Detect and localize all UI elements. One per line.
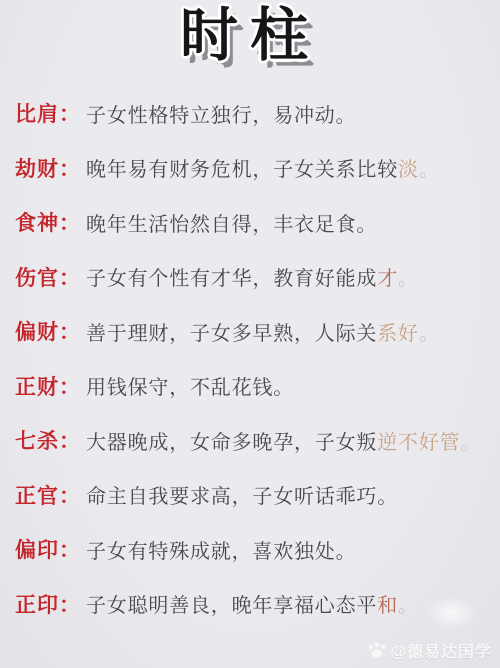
description-period: 。 (419, 323, 440, 345)
description-period: 。 (398, 595, 419, 617)
description-highlight: 淡 (398, 159, 419, 181)
term-label: 正印： (15, 589, 81, 619)
description-text: 用钱保守，不乱花钱。 (86, 377, 294, 399)
term-description: 子女有个性有才华，教育好能成才。 (86, 262, 419, 291)
term-description: 子女聪明善良，晚年享福心态平和。 (86, 589, 419, 618)
description-period: 。 (398, 268, 419, 290)
description-highlight: 和 (377, 595, 398, 617)
term-row: 伤官： 子女有个性有才华，教育好能成才。 (15, 250, 494, 305)
term-label: 偏财： (15, 316, 81, 346)
term-label: 偏印： (15, 534, 81, 564)
term-description: 大器晚成，女命多晚孕，子女叛逆不好管。 (86, 426, 481, 455)
term-row: 比肩： 子女性格特立独行，易冲动。 (15, 86, 494, 141)
page-title: 时柱 (0, 2, 500, 70)
term-description: 子女性格特立独行，易冲动。 (86, 99, 356, 128)
term-row: 正印： 子女聪明善良，晚年享福心态平和。 (15, 577, 494, 632)
description-period: 。 (419, 159, 440, 181)
term-label: 正财： (15, 371, 81, 401)
term-label: 劫财： (15, 153, 81, 183)
description-text: 命主自我要求高，子女听话乖巧。 (86, 486, 398, 508)
term-description: 善于理财，子女多早熟，人际关系好。 (86, 317, 440, 346)
term-row: 劫财： 晚年易有财务危机，子女关系比较淡。 (15, 141, 494, 196)
description-period: 。 (460, 432, 481, 454)
background-smudge (426, 596, 478, 630)
description-text: 子女有特殊成就，喜欢独处。 (86, 541, 356, 563)
description-text: 晚年生活怡然自得，丰衣足食。 (86, 214, 377, 236)
description-text: 子女聪明善良，晚年享福心态平 (86, 595, 377, 617)
term-row: 偏财： 善于理财，子女多早熟，人际关系好。 (15, 304, 494, 359)
term-description: 晚年生活怡然自得，丰衣足食。 (86, 208, 377, 237)
description-text: 子女有个性有才华，教育好能成 (86, 268, 377, 290)
term-row: 七杀： 大器晚成，女命多晚孕，子女叛逆不好管。 (15, 413, 494, 468)
description-highlight: 系好 (377, 323, 419, 345)
term-row: 食神： 晚年生活怡然自得，丰衣足食。 (15, 195, 494, 250)
term-label: 食神： (15, 207, 81, 237)
description-text: 晚年易有财务危机，子女关系比较 (86, 159, 398, 181)
description-text: 大器晚成，女命多晚孕，子女叛 (86, 432, 377, 454)
term-row: 正官： 命主自我要求高，子女听话乖巧。 (15, 468, 494, 523)
term-label: 正官： (15, 480, 81, 510)
term-row: 正财： 用钱保守，不乱花钱。 (15, 359, 494, 414)
term-description: 子女有特殊成就，喜欢独处。 (86, 535, 356, 564)
description-highlight: 逆不好管 (377, 432, 460, 454)
term-label: 七杀： (15, 425, 81, 455)
term-label: 伤官： (15, 262, 81, 292)
terms-list: 比肩： 子女性格特立独行，易冲动。 劫财： 晚年易有财务危机，子女关系比较淡。 … (15, 86, 494, 631)
description-text: 子女性格特立独行，易冲动。 (86, 105, 356, 127)
description-highlight: 才 (377, 268, 398, 290)
term-description: 晚年易有财务危机，子女关系比较淡。 (86, 153, 440, 182)
watermark-text: @德易达国学 (390, 639, 492, 662)
watermark: @德易达国学 (367, 639, 492, 662)
description-text: 善于理财，子女多早熟，人际关 (86, 323, 377, 345)
term-label: 比肩： (15, 98, 81, 128)
term-description: 命主自我要求高，子女听话乖巧。 (86, 480, 398, 509)
paw-icon (367, 642, 387, 659)
term-row: 偏印： 子女有特殊成就，喜欢独处。 (15, 522, 494, 577)
term-description: 用钱保守，不乱花钱。 (86, 371, 294, 400)
